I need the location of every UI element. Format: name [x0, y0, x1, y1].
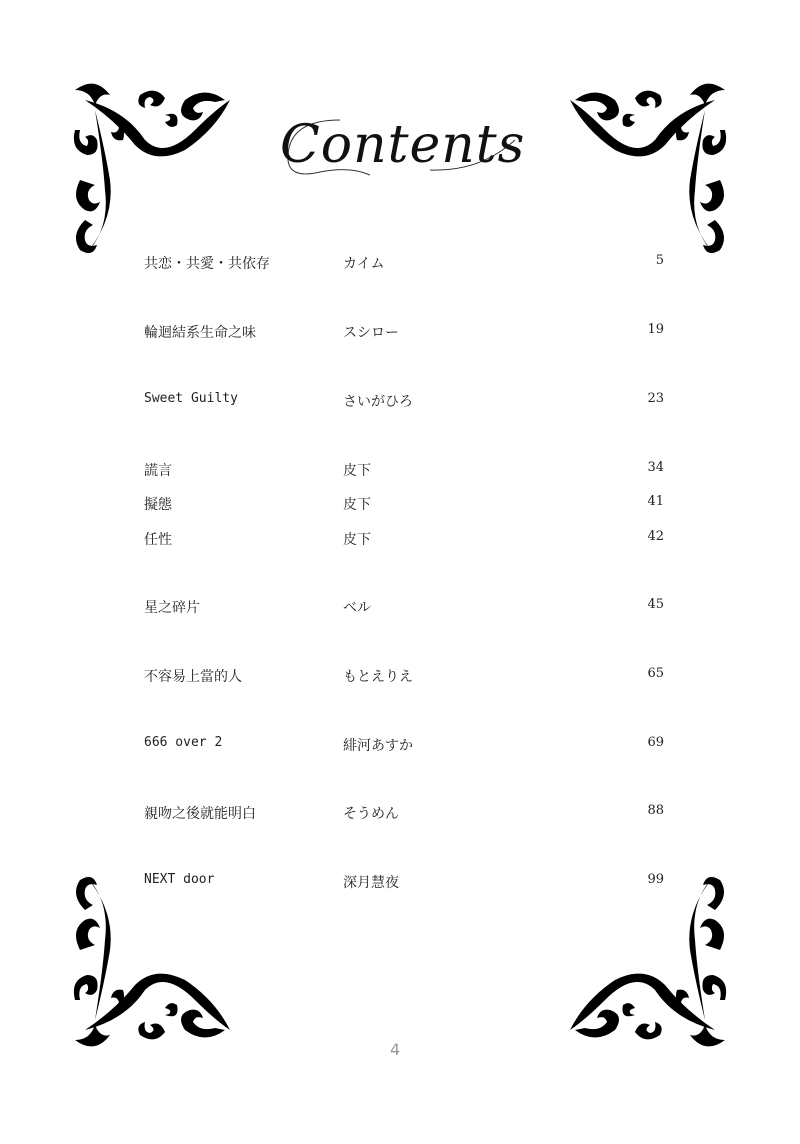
toc-entry: 親吻之後就能明白 そうめん 88	[144, 803, 664, 827]
flourish-icon	[565, 70, 735, 260]
entry-page: 23	[647, 391, 664, 406]
entry-page: 45	[647, 597, 664, 612]
entry-author: ベル	[343, 597, 371, 617]
entry-title: Sweet Guilty	[144, 391, 238, 406]
title-text: Contents	[280, 100, 520, 190]
entry-title: 擬態	[144, 494, 172, 514]
toc-entry: 擬態 皮下 41	[144, 494, 664, 518]
entry-author: もとえりえ	[343, 666, 413, 686]
toc-entry: 不容易上當的人 もとえりえ 65	[144, 666, 664, 690]
entry-page: 5	[656, 253, 664, 268]
flourish-icon	[65, 70, 235, 260]
corner-flourish-bottom-left	[65, 870, 235, 1060]
entry-title: 任性	[144, 529, 172, 549]
entry-page: 88	[647, 803, 664, 818]
entry-author: 皮下	[343, 494, 371, 514]
entry-title: 共恋・共愛・共依存	[144, 253, 270, 273]
entry-title: 親吻之後就能明白	[144, 803, 256, 823]
entry-page: 41	[647, 494, 664, 509]
entry-author: カイム	[343, 253, 385, 273]
entry-page: 99	[647, 872, 664, 887]
flourish-icon	[65, 870, 235, 1060]
corner-flourish-top-left	[65, 70, 235, 260]
entry-author: さいがひろ	[343, 391, 413, 411]
entry-title: NEXT door	[144, 872, 214, 887]
entry-title: 謊言	[144, 460, 172, 480]
entry-page: 19	[647, 322, 664, 337]
entry-page: 42	[647, 529, 664, 544]
entry-author: 緋河あすか	[343, 735, 413, 755]
page-title: Contents	[280, 100, 520, 190]
corner-flourish-top-right	[565, 70, 735, 260]
toc-entry: 共恋・共愛・共依存 カイム 5	[144, 253, 664, 277]
entry-author: スシロー	[343, 322, 399, 342]
entry-author: 皮下	[343, 460, 371, 480]
page-number: 4	[390, 1040, 400, 1059]
corner-flourish-bottom-right	[565, 870, 735, 1060]
flourish-icon	[565, 870, 735, 1060]
entry-title: 666 over 2	[144, 735, 222, 750]
toc-entry: 輪迴結系生命之味 スシロー 19	[144, 322, 664, 346]
entry-author: 深月慧夜	[343, 872, 399, 892]
toc-entry: 謊言 皮下 34	[144, 460, 664, 484]
entry-title: 不容易上當的人	[144, 666, 242, 686]
toc-entry: NEXT door 深月慧夜 99	[144, 872, 664, 896]
entry-page: 69	[647, 735, 664, 750]
entry-author: そうめん	[343, 803, 399, 823]
entry-page: 65	[647, 666, 664, 681]
entry-page: 34	[647, 460, 664, 475]
entry-title: 輪迴結系生命之味	[144, 322, 256, 342]
toc-entry: 星之碎片 ベル 45	[144, 597, 664, 621]
toc-entry: Sweet Guilty さいがひろ 23	[144, 391, 664, 415]
toc-entry: 任性 皮下 42	[144, 529, 664, 553]
entry-title: 星之碎片	[144, 597, 200, 617]
toc-entry: 666 over 2 緋河あすか 69	[144, 735, 664, 759]
entry-author: 皮下	[343, 529, 371, 549]
